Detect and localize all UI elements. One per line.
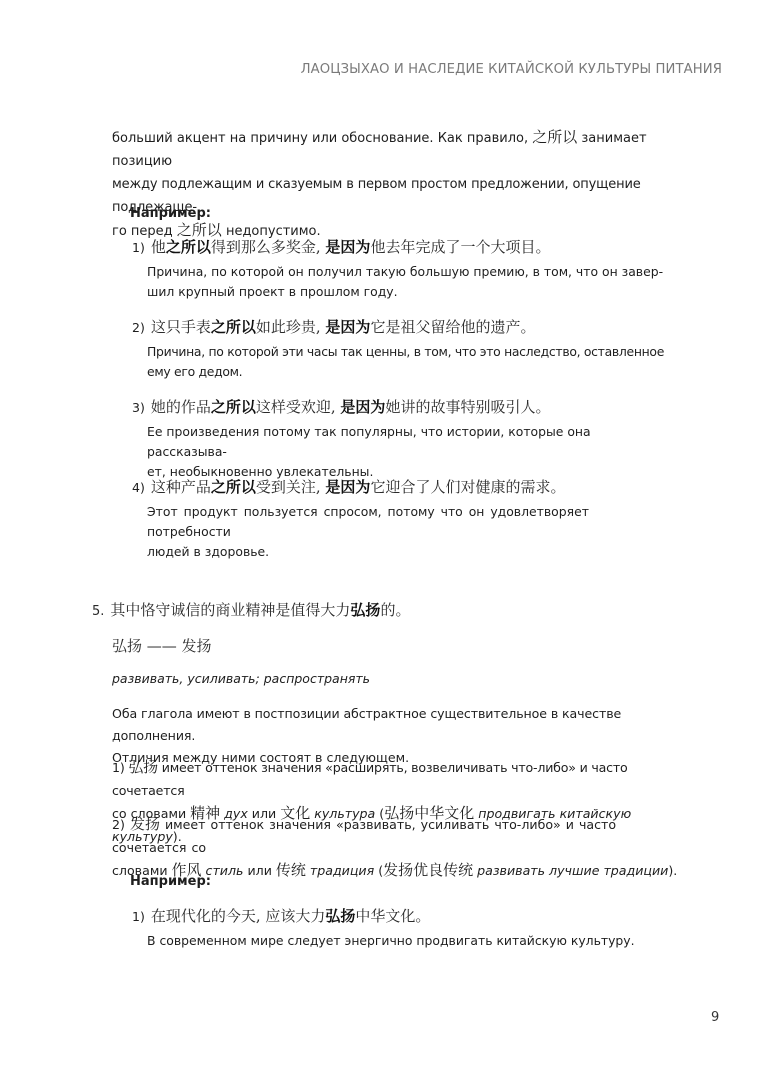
example-sentence: 1)他之所以得到那么多奖金, 是因为他去年完成了一个大项目。 [132, 236, 672, 257]
example-sentence: 4)这种产品之所以受到关注, 是因为它迎合了人们对健康的需求。 [132, 476, 672, 497]
section-5-sentence: 5.其中恪守诚信的商业精神是值得大力弘扬的。 [92, 599, 410, 620]
examples-label-2: Например: [130, 874, 211, 889]
examples-label-1: Например: [130, 206, 211, 221]
example-item: 1)他之所以得到那么多奖金, 是因为他去年完成了一个大项目。 Причина, … [132, 236, 672, 302]
word-pair-heading: 弘扬 —— 发扬 [112, 635, 212, 656]
example-sentence: 3)她的作品之所以这样受欢迎, 是因为她讲的故事特别吸引人。 [132, 396, 672, 417]
example-item: 3)她的作品之所以这样受欢迎, 是因为她讲的故事特别吸引人。 Ее произв… [132, 396, 672, 482]
example-item: 1)在现代化的今天, 应该大力弘扬中华文化。 В современном мир… [132, 905, 672, 951]
meaning: развивать, усиливать; распространять [112, 671, 370, 686]
example-item: 2)这只手表之所以如此珍贵, 是因为它是祖父留给他的遗产。 Причина, п… [132, 316, 672, 382]
example-translation: Этот продукт пользуется спросом, потому … [147, 502, 672, 562]
example-sentence: 1)在现代化的今天, 应该大力弘扬中华文化。 [132, 905, 672, 926]
page-number: 9 [711, 1010, 719, 1025]
section-number: 5. [92, 604, 104, 619]
example-sentence: 2)这只手表之所以如此珍贵, 是因为它是祖父留给他的遗产。 [132, 316, 672, 337]
intro-paragraph: больший акцент на причину или обосновани… [112, 126, 684, 243]
example-translation: Причина, по которой эти часы так ценны, … [147, 342, 672, 382]
running-header: ЛАОЦЗЫХАО И НАСЛЕДИЕ КИТАЙСКОЙ КУЛЬТУРЫ … [301, 62, 722, 77]
example-translation: Причина, по которой он получил такую бол… [147, 262, 672, 302]
example-translation: В современном мире следует энергично про… [147, 931, 672, 951]
example-item: 4)这种产品之所以受到关注, 是因为它迎合了人们对健康的需求。 Этот про… [132, 476, 672, 562]
example-translation: Ее произведения потому так популярны, чт… [147, 422, 672, 482]
difference-point: 2) 发扬 имеет оттенок значения «развивать,… [112, 813, 684, 882]
intro-line-1: больший акцент на причину или обосновани… [112, 126, 684, 173]
